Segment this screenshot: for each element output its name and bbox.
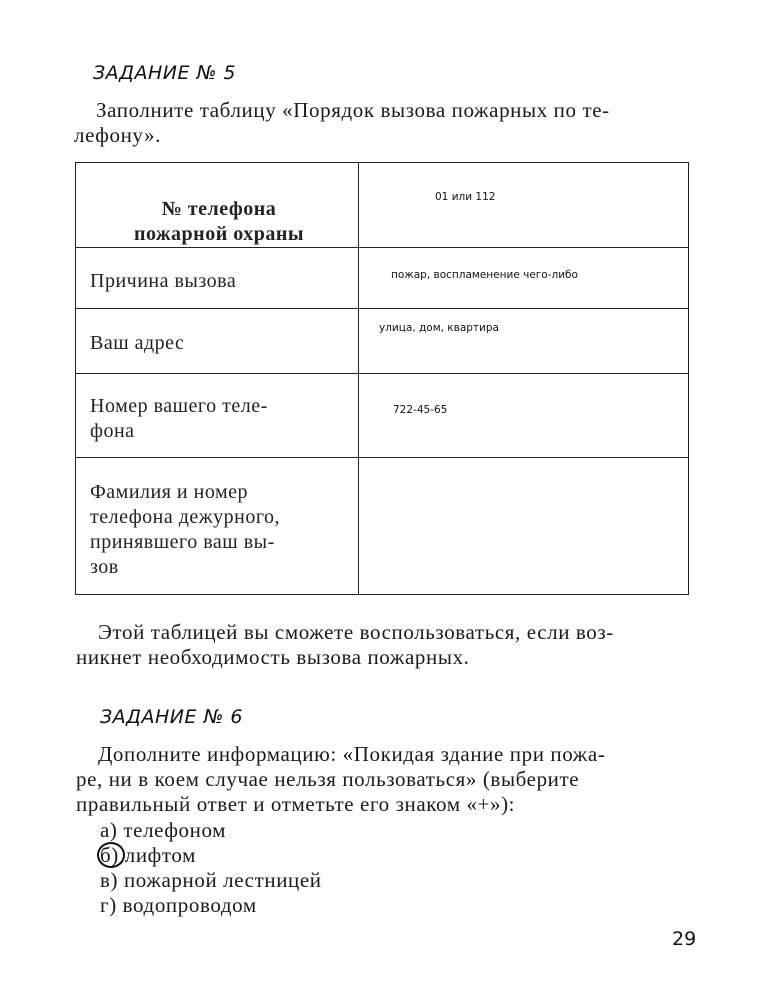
option-letter: б)	[100, 843, 119, 867]
label-line: пожарной охраны	[90, 222, 348, 247]
option-letter: г)	[100, 893, 117, 917]
table-row-address: Ваш адрес улица, дом, квартира	[76, 309, 689, 374]
answer-text: улица, дом, квартира	[379, 322, 499, 334]
option-g[interactable]: г) водопроводом	[100, 893, 257, 918]
label-line: № телефона	[90, 197, 348, 222]
table-row-your-phone: Номер вашего теле- фона 722-45-65	[76, 374, 689, 458]
answer-fire-phone[interactable]: 01 или 112	[359, 163, 689, 248]
label-your-phone: Номер вашего теле- фона	[76, 374, 359, 458]
task6-instruction-line2: ре, ни в коем случае нельзя пользоваться…	[76, 767, 693, 792]
task6-instruction: Дополните информацию: «Покидая здание пр…	[76, 742, 693, 817]
option-text: лифтом	[125, 843, 196, 867]
fire-call-table: № телефона пожарной охраны 01 или 112 Пр…	[75, 162, 689, 595]
task5-heading: ЗАДАНИЕ № 5	[93, 62, 236, 84]
label-call-reason: Причина вызова	[76, 248, 359, 309]
option-letter: в)	[100, 868, 118, 892]
option-text: телефоном	[123, 818, 226, 842]
option-v[interactable]: в) пожарной лестницей	[100, 868, 322, 893]
option-a[interactable]: а) телефоном	[100, 818, 226, 843]
task6-instruction-line3: правильный ответ и отметьте его знаком «…	[76, 792, 693, 817]
task6-instruction-line1: Дополните информацию: «Покидая здание пр…	[76, 742, 693, 767]
label-line: Фамилия и номер	[90, 480, 348, 505]
option-letter: а)	[100, 818, 118, 842]
label-fire-phone: № телефона пожарной охраны	[76, 163, 359, 248]
label-line: Причина вызова	[90, 248, 348, 294]
label-line: Ваш адрес	[90, 309, 348, 356]
task5-instruction: Заполните таблицу «Порядок вызова пожарн…	[74, 98, 689, 148]
label-line: телефона дежурного,	[90, 505, 348, 530]
label-line: Номер вашего теле-	[90, 394, 348, 419]
option-b[interactable]: б) лифтом	[100, 843, 196, 868]
task5-note-line1: Этой таблицей вы сможете воспользоваться…	[76, 620, 690, 645]
label-dispatcher: Фамилия и номер телефона дежурного, прин…	[76, 458, 359, 595]
table-row-fire-phone: № телефона пожарной охраны 01 или 112	[76, 163, 689, 248]
task5-note: Этой таблицей вы сможете воспользоваться…	[76, 620, 690, 670]
table-row-dispatcher: Фамилия и номер телефона дежурного, прин…	[76, 458, 689, 595]
answer-text: 722-45-65	[393, 404, 447, 416]
task6-heading: ЗАДАНИЕ № 6	[100, 706, 243, 728]
answer-call-reason[interactable]: пожар, воспламенение чего-либо	[359, 248, 689, 309]
table-row-call-reason: Причина вызова пожар, воспламенение чего…	[76, 248, 689, 309]
task5-instruction-line1: Заполните таблицу «Порядок вызова пожарн…	[74, 98, 689, 123]
answer-dispatcher[interactable]	[359, 458, 689, 595]
label-line: зов	[90, 555, 348, 580]
option-text: водопроводом	[123, 893, 257, 917]
label-line: фона	[90, 419, 348, 444]
answer-address[interactable]: улица, дом, квартира	[359, 309, 689, 374]
answer-your-phone[interactable]: 722-45-65	[359, 374, 689, 458]
answer-text: 01 или 112	[435, 191, 495, 203]
page-number: 29	[672, 928, 696, 950]
option-text: пожарной лестницей	[124, 868, 322, 892]
label-address: Ваш адрес	[76, 309, 359, 374]
answer-text: пожар, воспламенение чего-либо	[391, 269, 578, 281]
task5-instruction-line2: лефону».	[74, 123, 689, 148]
label-line: принявшего ваш вы-	[90, 530, 348, 555]
task5-note-line2: никнет необходимость вызова пожарных.	[76, 645, 690, 670]
